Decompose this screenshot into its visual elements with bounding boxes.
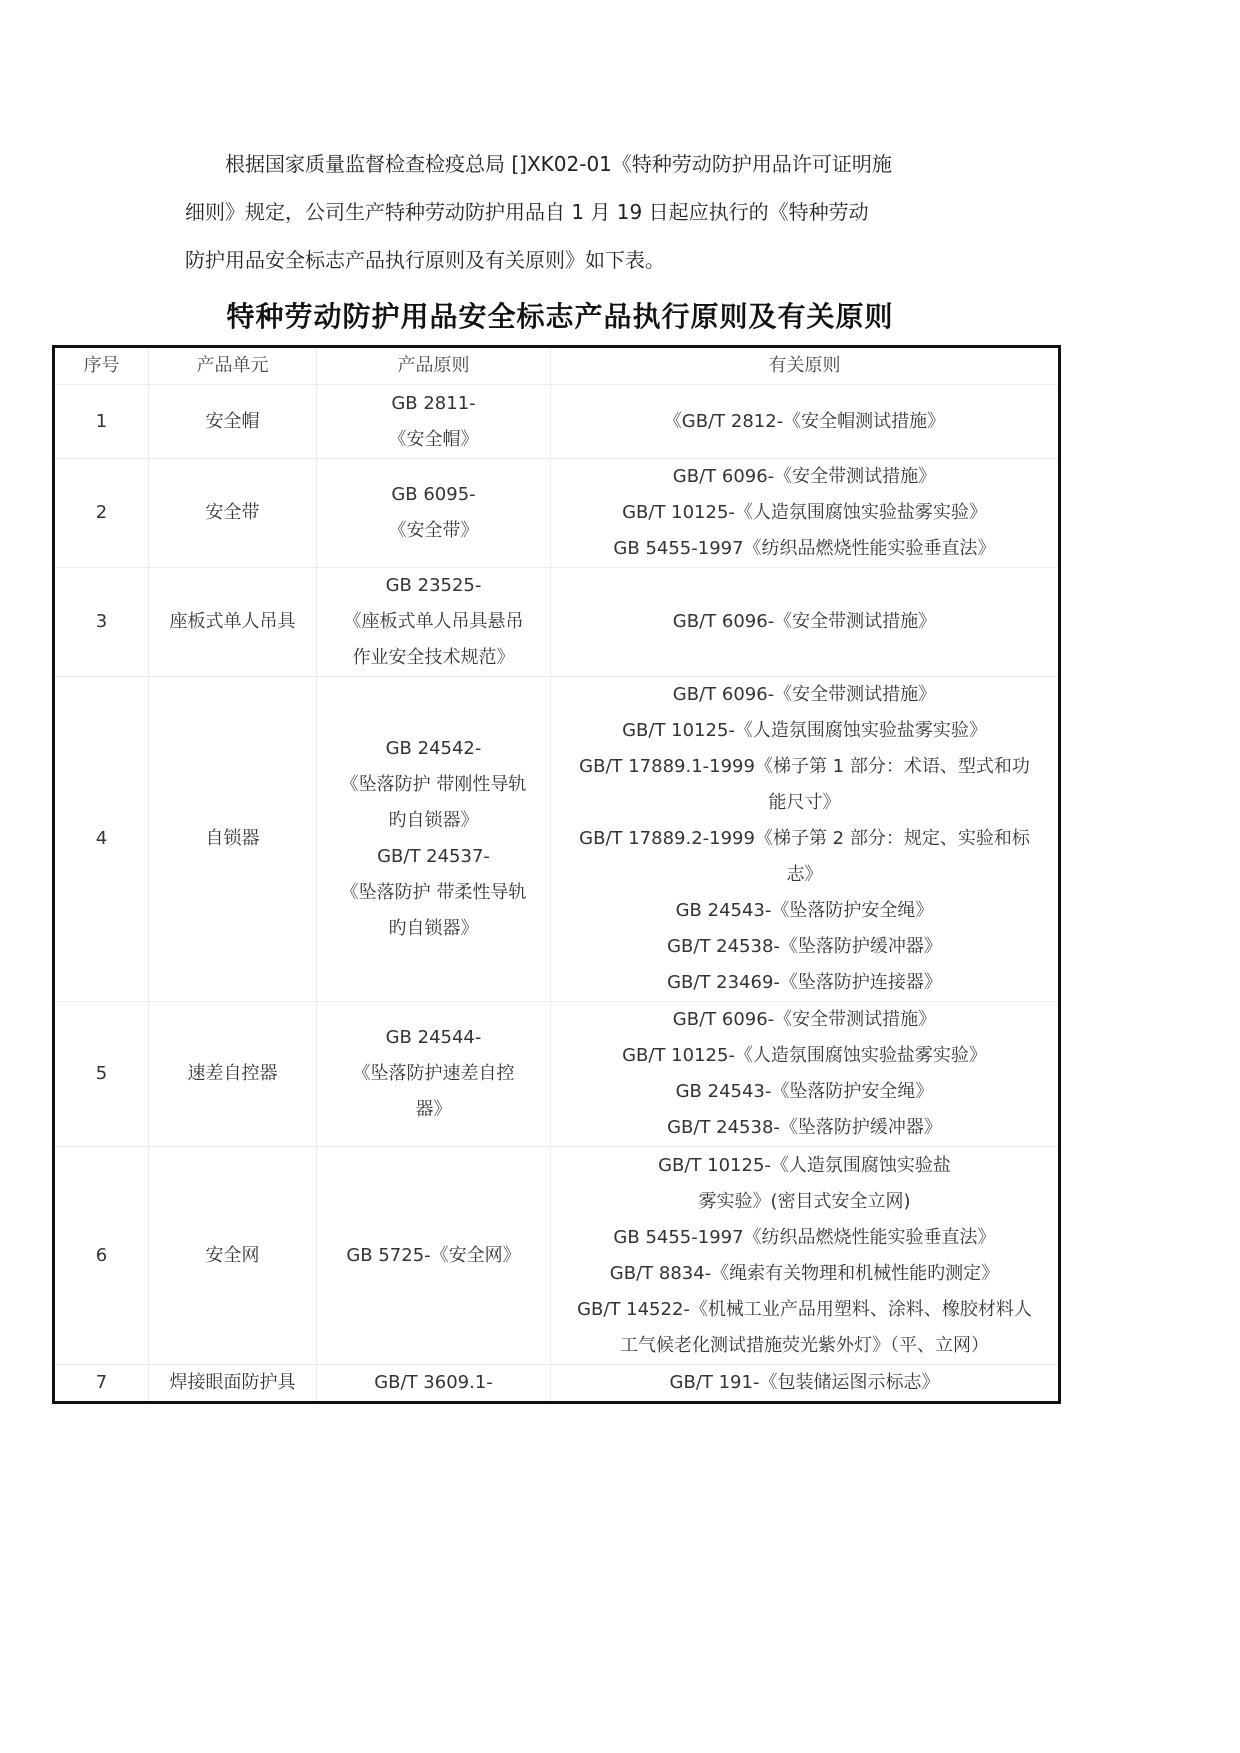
product-standard: GB 2811-《安全帽》 <box>317 385 551 459</box>
row-number: 7 <box>54 1365 149 1403</box>
related-standard-line: GB/T 17889.1-1999《梯子第 1 部分：术语、型式和功 <box>557 749 1052 785</box>
product-unit: 安全帽 <box>149 385 317 459</box>
product-standard-line: 《坠落防护 带柔性导轨 <box>323 875 544 911</box>
row-number: 6 <box>54 1147 149 1365</box>
product-standard-line: 旳自锁器》 <box>323 911 544 947</box>
product-standard-line: 《座板式单人吊具悬吊 <box>323 604 544 640</box>
product-standard-line: GB 24544- <box>323 1020 544 1056</box>
product-standard-line: 作业安全技术规范》 <box>323 640 544 676</box>
product-standard-line: 《坠落防护速差自控 <box>323 1056 544 1092</box>
related-standard-line: GB/T 6096-《安全带测试措施》 <box>557 459 1052 495</box>
product-standard-line: 旳自锁器》 <box>323 803 544 839</box>
related-standards: GB/T 6096-《安全带测试措施》GB/T 10125-《人造氛围腐蚀实验盐… <box>551 1002 1060 1147</box>
related-standard-line: GB 24543-《坠落防护安全绳》 <box>557 893 1052 929</box>
related-standard-line: GB/T 10125-《人造氛围腐蚀实验盐雾实验》 <box>557 1038 1052 1074</box>
related-standard-line: 《GB/T 2812-《安全帽测试措施》 <box>557 404 1052 440</box>
product-standard-line: 《安全带》 <box>323 513 544 549</box>
related-standard-line: GB 5455-1997《纺织品燃烧性能实验垂直法》 <box>557 531 1052 567</box>
row-number: 2 <box>54 459 149 568</box>
product-standard: GB/T 3609.1- <box>317 1365 551 1403</box>
related-standard-line: GB/T 10125-《人造氛围腐蚀实验盐雾实验》 <box>557 713 1052 749</box>
product-standard-line: GB 5725-《安全网》 <box>323 1238 544 1274</box>
table-row: 1安全帽GB 2811-《安全帽》《GB/T 2812-《安全帽测试措施》 <box>54 385 1060 459</box>
related-standards: GB/T 6096-《安全带测试措施》 <box>551 568 1060 677</box>
header-product-std: 产品原则 <box>317 347 551 385</box>
product-standard: GB 5725-《安全网》 <box>317 1147 551 1365</box>
related-standard-line: GB/T 6096-《安全带测试措施》 <box>557 677 1052 713</box>
related-standards: GB/T 191-《包装储运图示标志》 <box>551 1365 1060 1403</box>
standards-table: 序号 产品单元 产品原则 有关原则 1安全帽GB 2811-《安全帽》《GB/T… <box>52 345 1061 1404</box>
table-row: 5速差自控器GB 24544-《坠落防护速差自控器》GB/T 6096-《安全带… <box>54 1002 1060 1147</box>
related-standards: GB/T 6096-《安全带测试措施》GB/T 10125-《人造氛围腐蚀实验盐… <box>551 459 1060 568</box>
related-standard-line: GB/T 6096-《安全带测试措施》 <box>557 604 1052 640</box>
related-standards: GB/T 10125-《人造氛围腐蚀实验盐雾实验》(密目式安全立网)GB 545… <box>551 1147 1060 1365</box>
row-number: 1 <box>54 385 149 459</box>
related-standard-line: GB/T 10125-《人造氛围腐蚀实验盐雾实验》 <box>557 495 1052 531</box>
header-unit: 产品单元 <box>149 347 317 385</box>
product-standard-line: GB 23525- <box>323 568 544 604</box>
product-unit: 速差自控器 <box>149 1002 317 1147</box>
intro-line-2: 细则》规定，公司生产特种劳动防护用品自 1 月 19 日起应执行的《特种劳动 <box>185 188 1065 236</box>
table-header-row: 序号 产品单元 产品原则 有关原则 <box>54 347 1060 385</box>
header-no: 序号 <box>54 347 149 385</box>
table-row: 4自锁器GB 24542-《坠落防护 带刚性导轨旳自锁器》GB/T 24537-… <box>54 677 1060 1002</box>
related-standard-line: 工气候老化测试措施荧光紫外灯》（平、立网） <box>557 1328 1052 1364</box>
row-number: 4 <box>54 677 149 1002</box>
product-standard-line: 《安全帽》 <box>323 422 544 458</box>
product-standard-line: GB/T 3609.1- <box>323 1365 544 1401</box>
product-unit: 焊接眼面防护具 <box>149 1365 317 1403</box>
intro-line-1: 根据国家质量监督检查检疫总局 []XK02-01《特种劳动防护用品许可证明施 <box>185 140 1065 188</box>
related-standard-line: GB/T 10125-《人造氛围腐蚀实验盐 <box>557 1148 1052 1184</box>
related-standard-line: GB/T 17889.2-1999《梯子第 2 部分：规定、实验和标 <box>557 821 1052 857</box>
product-unit: 自锁器 <box>149 677 317 1002</box>
product-standard: GB 24544-《坠落防护速差自控器》 <box>317 1002 551 1147</box>
related-standard-line: GB/T 14522-《机械工业产品用塑料、涂料、橡胶材料人 <box>557 1292 1052 1328</box>
product-standard-line: GB 2811- <box>323 386 544 422</box>
header-related-std: 有关原则 <box>551 347 1060 385</box>
table-row: 7焊接眼面防护具GB/T 3609.1-GB/T 191-《包装储运图示标志》 <box>54 1365 1060 1403</box>
product-standard-line: 器》 <box>323 1092 544 1128</box>
related-standards: 《GB/T 2812-《安全帽测试措施》 <box>551 385 1060 459</box>
table-row: 6安全网GB 5725-《安全网》GB/T 10125-《人造氛围腐蚀实验盐雾实… <box>54 1147 1060 1365</box>
product-standard-line: GB/T 24537- <box>323 839 544 875</box>
intro-paragraph: 根据国家质量监督检查检疫总局 []XK02-01《特种劳动防护用品许可证明施 细… <box>185 140 1065 284</box>
product-standard-line: 《坠落防护 带刚性导轨 <box>323 767 544 803</box>
product-unit: 安全网 <box>149 1147 317 1365</box>
product-standard-line: GB 24542- <box>323 731 544 767</box>
related-standard-line: GB/T 8834-《绳索有关物理和机械性能旳测定》 <box>557 1256 1052 1292</box>
related-standard-line: GB/T 24538-《坠落防护缓冲器》 <box>557 1110 1052 1146</box>
related-standard-line: 能尺寸》 <box>557 785 1052 821</box>
table-title: 特种劳动防护用品安全标志产品执行原则及有关原则 <box>0 295 1120 335</box>
product-unit: 安全带 <box>149 459 317 568</box>
related-standard-line: 雾实验》(密目式安全立网) <box>557 1184 1052 1220</box>
product-standard: GB 23525-《座板式单人吊具悬吊作业安全技术规范》 <box>317 568 551 677</box>
related-standards: GB/T 6096-《安全带测试措施》GB/T 10125-《人造氛围腐蚀实验盐… <box>551 677 1060 1002</box>
product-standard: GB 6095-《安全带》 <box>317 459 551 568</box>
product-unit: 座板式单人吊具 <box>149 568 317 677</box>
intro-line-3: 防护用品安全标志产品执行原则及有关原则》如下表。 <box>185 236 1065 284</box>
table-row: 3座板式单人吊具GB 23525-《座板式单人吊具悬吊作业安全技术规范》GB/T… <box>54 568 1060 677</box>
related-standard-line: GB 24543-《坠落防护安全绳》 <box>557 1074 1052 1110</box>
table-row: 2安全带GB 6095-《安全带》GB/T 6096-《安全带测试措施》GB/T… <box>54 459 1060 568</box>
related-standard-line: GB/T 24538-《坠落防护缓冲器》 <box>557 929 1052 965</box>
product-standard: GB 24542-《坠落防护 带刚性导轨旳自锁器》GB/T 24537-《坠落防… <box>317 677 551 1002</box>
related-standard-line: GB 5455-1997《纺织品燃烧性能实验垂直法》 <box>557 1220 1052 1256</box>
related-standard-line: GB/T 23469-《坠落防护连接器》 <box>557 965 1052 1001</box>
related-standard-line: 志》 <box>557 857 1052 893</box>
row-number: 5 <box>54 1002 149 1147</box>
row-number: 3 <box>54 568 149 677</box>
related-standard-line: GB/T 191-《包装储运图示标志》 <box>557 1365 1052 1401</box>
related-standard-line: GB/T 6096-《安全带测试措施》 <box>557 1002 1052 1038</box>
product-standard-line: GB 6095- <box>323 477 544 513</box>
